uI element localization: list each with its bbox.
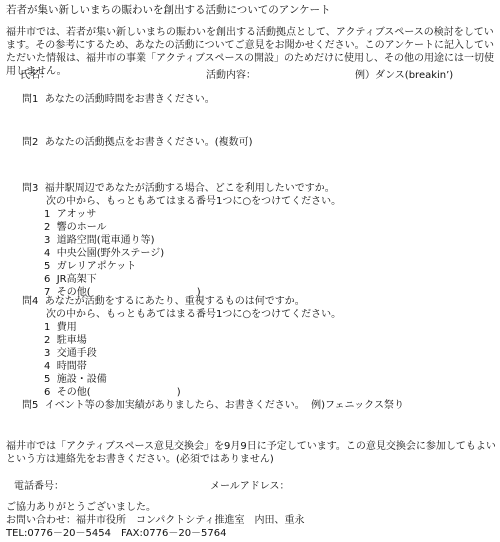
question-4-instruction: 次の中から、もっともあてはまる番号1つに○をつけてください。 xyxy=(46,309,341,322)
question-3: 問3 福井駅周辺であなたが活動する場合、どこを利用したいですか。 xyxy=(22,183,335,196)
question-text: あなたの活動拠点をお書きください。(複数可) xyxy=(45,137,253,148)
meeting-note: 福井市では「アクティブスペース意見交換会」を9月9日に予定しています。この意見交… xyxy=(6,440,498,466)
other-close-paren: ) xyxy=(91,387,181,400)
question-number: 問3 xyxy=(22,183,38,194)
question-number: 問1 xyxy=(22,94,38,105)
question-1: 問1 あなたの活動時間をお書きください。 xyxy=(22,94,215,107)
q3-option-1[interactable]: 1 アオッサ xyxy=(44,209,96,222)
question-2: 問2 あなたの活動拠点をお書きください。(複数可) xyxy=(22,137,253,150)
tel-fax-text: TEL:0776－20－5454 FAX:0776－20－5764 xyxy=(6,528,227,541)
q4-option-3[interactable]: 3 交通手段 xyxy=(44,348,97,361)
email-label: メールアドレス： xyxy=(210,481,290,494)
name-label: 氏名： xyxy=(20,70,50,83)
question-3-instruction: 次の中から、もっともあてはまる番号1つに○をつけてください。 xyxy=(46,196,341,209)
question-text: あなたが活動をするにあたり、重視するものは何ですか。 xyxy=(45,296,305,307)
q3-option-5[interactable]: 5 ガレリアポケット xyxy=(44,261,136,274)
q3-option-2[interactable]: 2 響のホール xyxy=(44,222,107,235)
inquiry-text: お問い合わせ：福井市役所 コンパクトシティ推進室 内田、重永 xyxy=(6,515,305,528)
question-text: イベント等の参加実績がありましたら、お書きください。 xyxy=(45,400,305,411)
question-number: 問2 xyxy=(22,137,38,148)
q4-option-1[interactable]: 1 費用 xyxy=(44,322,77,335)
activity-example: 例）ダンス(breakin’) xyxy=(355,70,453,83)
q4-option-2[interactable]: 2 駐車場 xyxy=(44,335,87,348)
q4-option-6[interactable]: 6 その他() xyxy=(44,387,181,400)
question-4: 問4 あなたが活動をするにあたり、重視するものは何ですか。 xyxy=(22,296,305,309)
q4-option-4[interactable]: 4 時間帯 xyxy=(44,361,87,374)
question-text: 福井駅周辺であなたが活動する場合、どこを利用したいですか。 xyxy=(45,183,335,194)
question-number: 問4 xyxy=(22,296,38,307)
thanks-text: ご協力ありがとうございました。 xyxy=(6,502,156,515)
question-example: 例)フェニックス祭り xyxy=(311,400,404,411)
question-number: 問5 xyxy=(22,400,38,411)
q4-option-5[interactable]: 5 施設・設備 xyxy=(44,374,107,387)
phone-label: 電話番号： xyxy=(14,481,64,494)
question-5: 問5 イベント等の参加実績がありましたら、お書きください。 例)フェニックス祭り xyxy=(22,400,404,413)
q3-option-6[interactable]: 6 JR高架下 xyxy=(44,274,97,287)
question-text: あなたの活動時間をお書きください。 xyxy=(45,94,215,105)
survey-title: 若者が集い新しいまちの賑わいを創出する活動についてのアンケート xyxy=(6,4,331,17)
q3-option-4[interactable]: 4 中央公園(野外ステージ) xyxy=(44,248,164,261)
activity-label: 活動内容： xyxy=(206,70,256,83)
q3-option-3[interactable]: 3 道路空間(電車通り等) xyxy=(44,235,155,248)
